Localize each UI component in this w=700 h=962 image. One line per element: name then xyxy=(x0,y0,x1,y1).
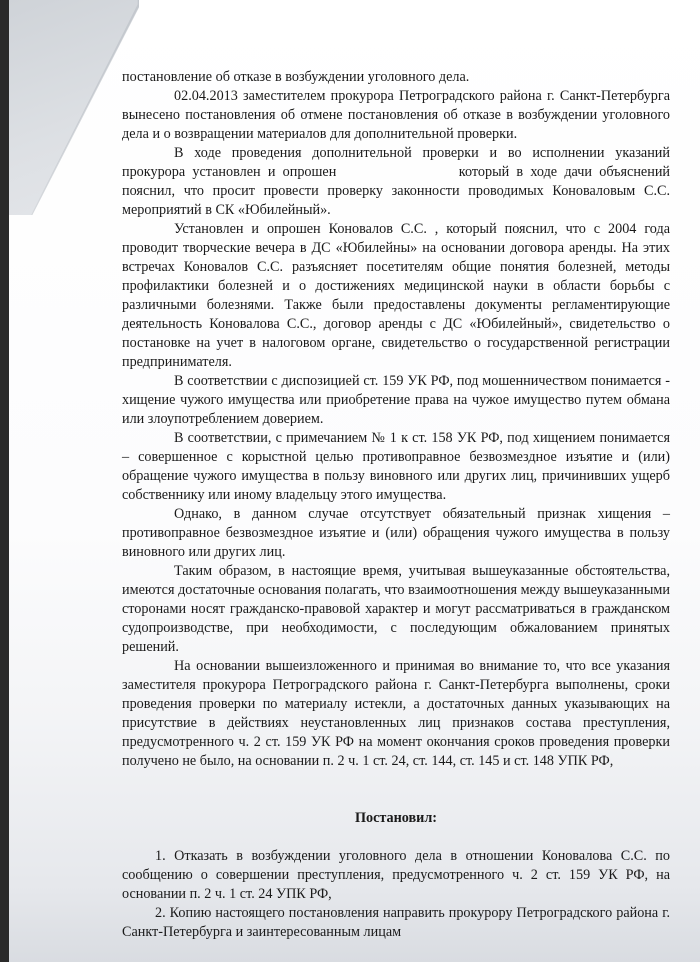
resolution-heading: Постановил: xyxy=(122,809,670,828)
decision-item-1: 1. Отказать в возбуждении уголовного дел… xyxy=(122,847,670,904)
decision-item-2: 2. Копию настоящего постановления направ… xyxy=(122,904,670,942)
paragraph-no-theft-sign: Однако, в данном случае отсутствует обяз… xyxy=(122,505,670,562)
paragraph-grounds: На основании вышеизложенного и принимая … xyxy=(122,657,670,771)
document-body: постановление об отказе в возбуждении уг… xyxy=(122,68,670,942)
scanner-edge xyxy=(0,0,9,962)
paragraph-konovalov-statement: Установлен и опрошен Коновалов С.С. , ко… xyxy=(122,220,670,372)
paragraph-civil-nature: Таким образом, в настоящие время, учитыв… xyxy=(122,562,670,657)
spacer xyxy=(122,828,670,847)
paragraph-intro: постановление об отказе в возбуждении уг… xyxy=(122,68,670,87)
paragraph-additional-check: В ходе проведения дополнительной проверк… xyxy=(122,144,670,220)
paragraph-article-159: В соответствии с диспозицией ст. 159 УК … xyxy=(122,372,670,429)
spacer xyxy=(122,771,670,809)
paragraph-cancellation: 02.04.2013 заместителем прокурора Петрог… xyxy=(122,87,670,144)
paragraph-article-158-note: В соответствии, с примечанием № 1 к ст. … xyxy=(122,429,670,505)
